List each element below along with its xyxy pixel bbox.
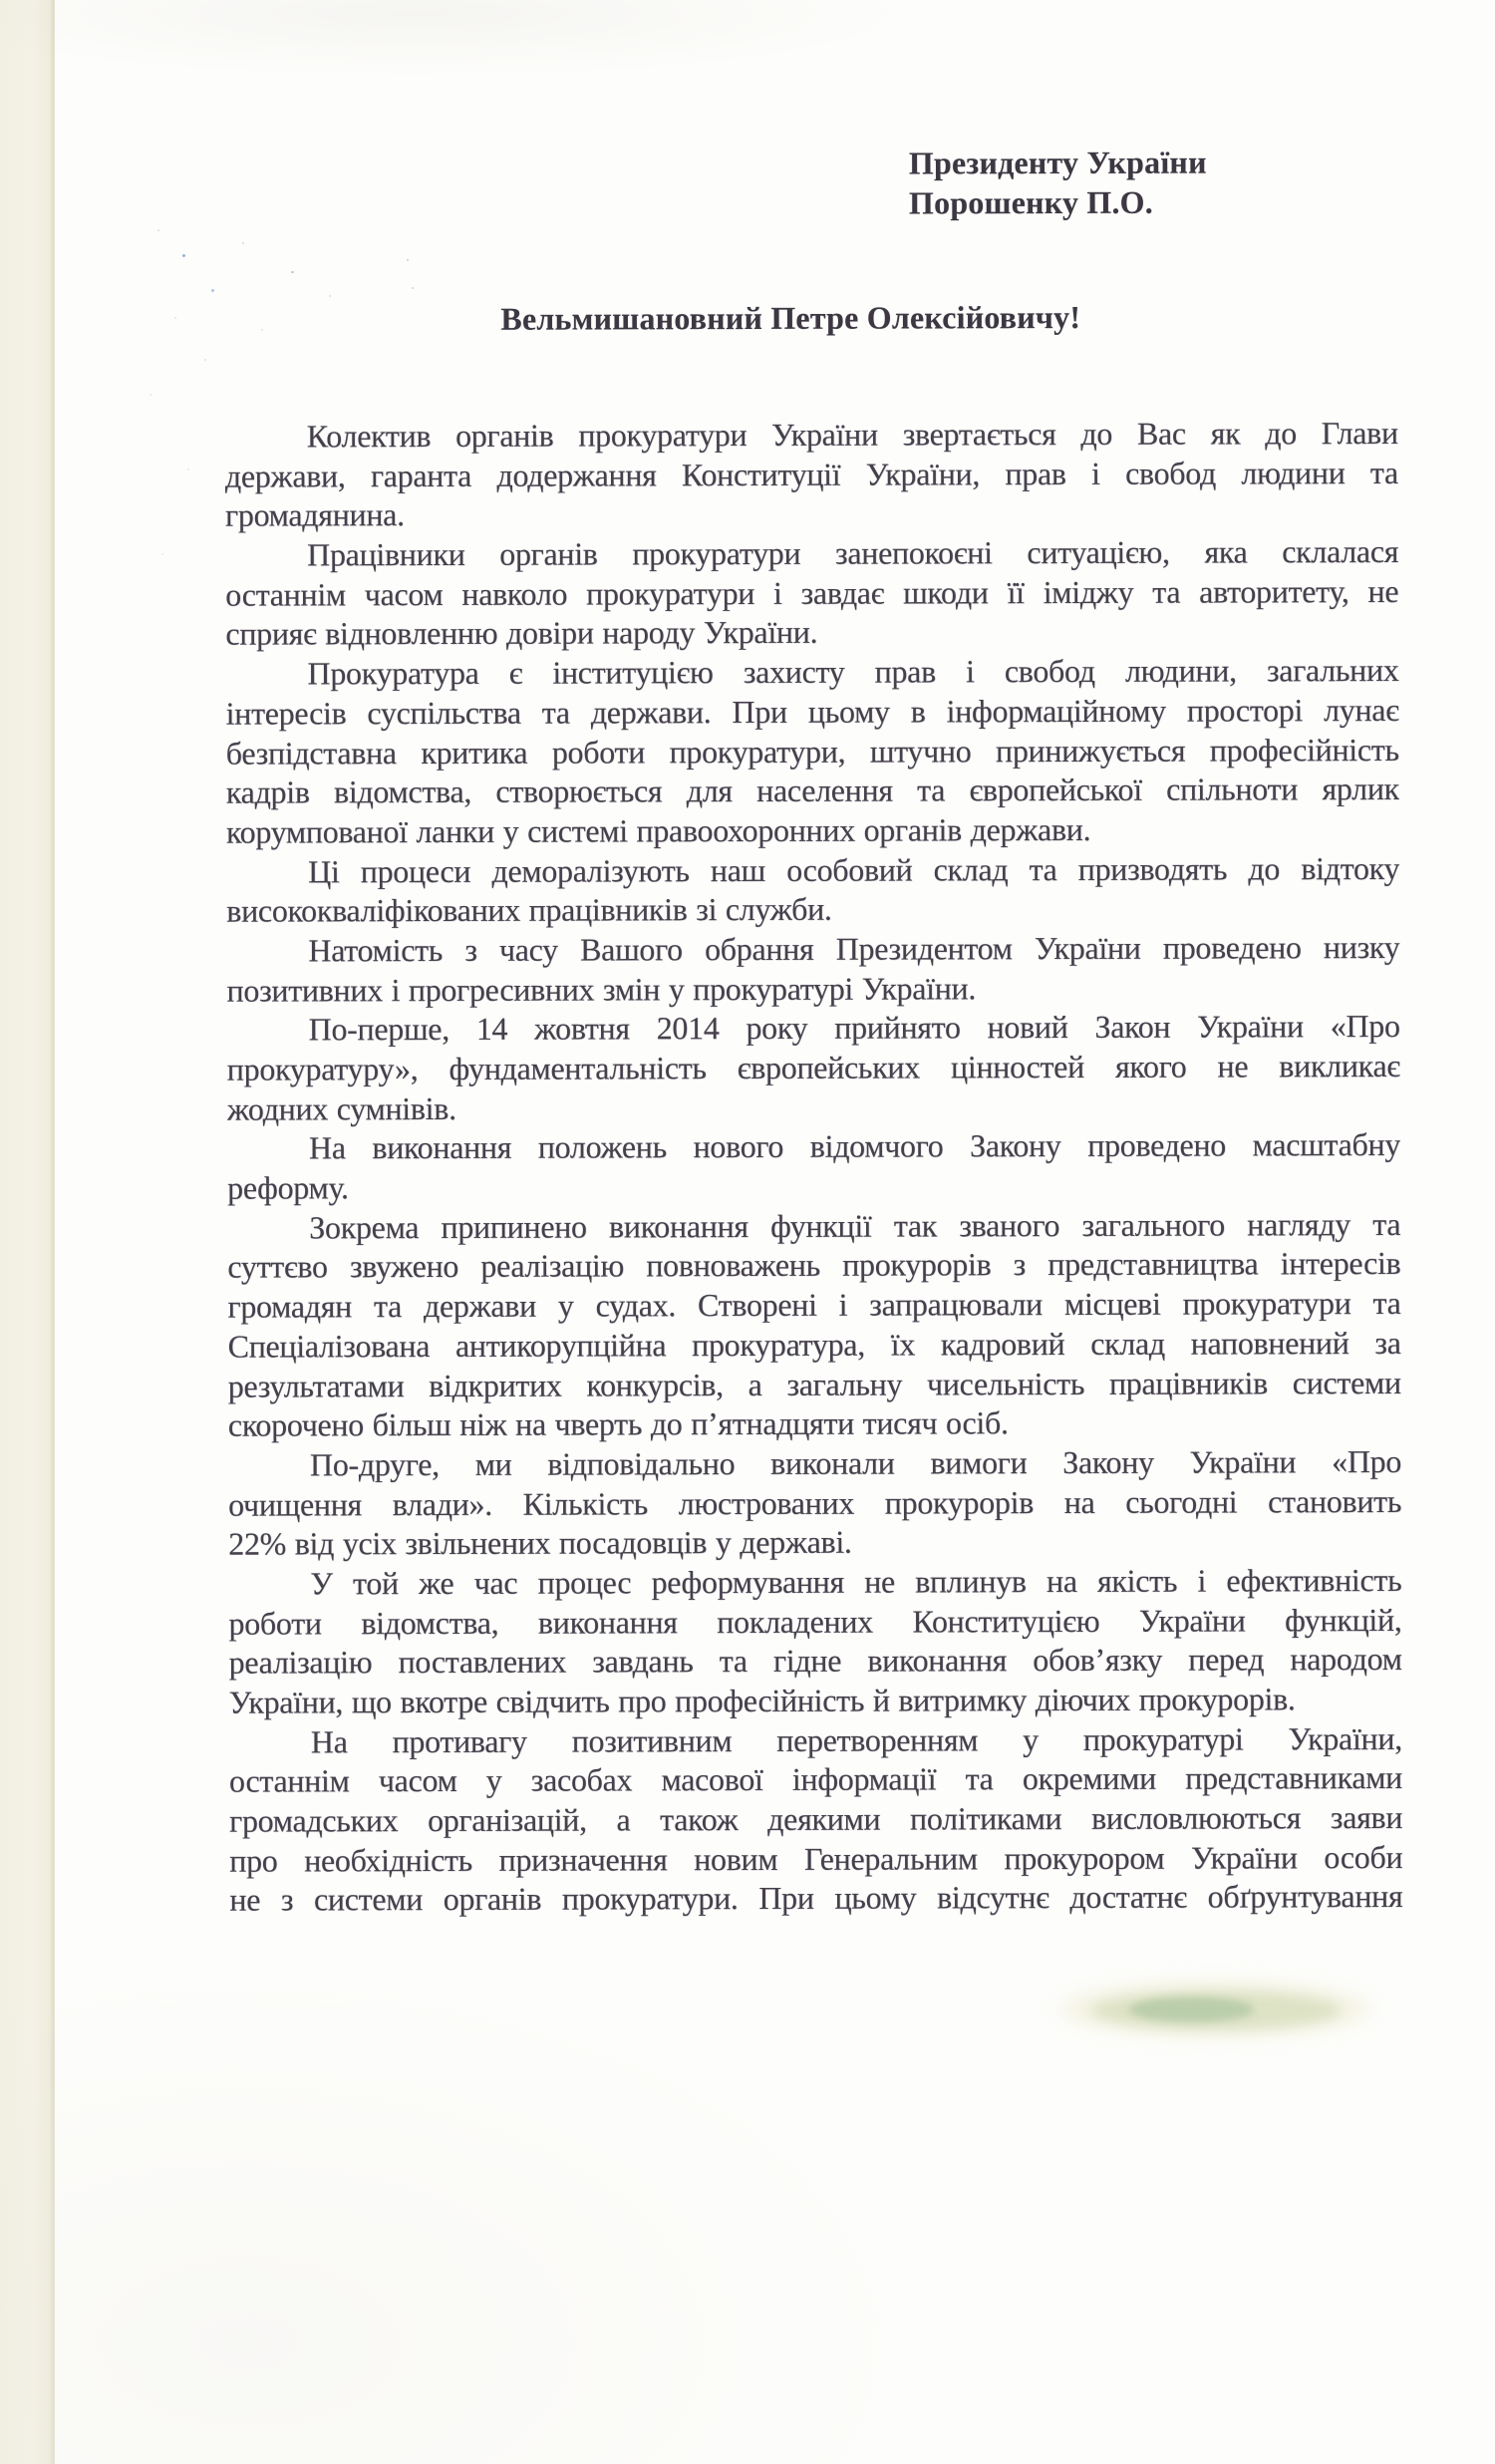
body-line: жодних сумнівів. [227,1086,1400,1129]
body-line: кадрів відомства, створюється для населе… [226,770,1399,812]
paragraph: Прокуратура є інституцією захисту прав і… [225,651,1399,852]
paragraph: Натомість з часу Вашого обрання Президен… [226,928,1399,1011]
body-line: На противагу позитивним перетворенням у … [229,1719,1402,1762]
body-line: корумпованої ланки у системі правоохорон… [226,809,1399,852]
body-line: Спеціалізована антикорупційна прокуратур… [228,1324,1401,1367]
body-line: результатами відкритих конкурсів, а зага… [228,1363,1401,1405]
body-line: По-перше, 14 жовтня 2014 року прийнято н… [227,1007,1400,1050]
scanned-letter-page: Президенту України Порошенку П.О. Вельми… [0,0,1495,2464]
body-line: позитивних і прогресивних змін у прокура… [226,968,1399,1011]
paragraph: У той же час процес реформування не впли… [228,1561,1401,1722]
body-line: інтересів суспільства та держави. При ць… [226,691,1399,734]
paragraph: Ці процеси деморалізують наш особовий ск… [226,849,1399,932]
body-line: останнім часом навколо прокуратури і зав… [225,572,1398,615]
body-line: очищення влади». Кількість люстрованих п… [228,1482,1401,1525]
body-line: Колектив органів прокуратури України зве… [225,414,1398,457]
paragraph: Зокрема припинено виконання функції так … [227,1205,1401,1446]
body-line: реалізацію поставлених завдань та гідне … [229,1640,1402,1683]
recipient-block: Президенту України Порошенку П.О. [909,143,1207,223]
body-line: Зокрема припинено виконання функції так … [227,1205,1400,1248]
body-line: роботи відомства, виконання покладених К… [228,1601,1401,1644]
paragraph: На виконання положень нового відомчого З… [227,1125,1400,1208]
body-line: скорочено більш ніж на чверть до п’ятнад… [228,1402,1401,1445]
body-line: реформу. [227,1165,1400,1208]
body-line: про необхідність призначення новим Генер… [229,1838,1402,1881]
body-line: сприяє відновленню довіри народу України… [225,611,1398,654]
body-line: суттєво звужено реалізацію повноважень п… [227,1244,1400,1287]
body-line: Натомість з часу Вашого обрання Президен… [226,928,1399,971]
body-line: не з системи органів прокуратури. При ць… [229,1877,1402,1920]
letter-content: Президенту України Порошенку П.О. Вельми… [0,0,1495,2464]
paragraph: На противагу позитивним перетворенням у … [229,1719,1403,1921]
paragraph: По-друге, ми відповідально виконали вимо… [228,1442,1401,1565]
letter-body: Колектив органів прокуратури України зве… [225,414,1403,1921]
body-line: громадянина. [225,492,1398,535]
body-line: Працівники органів прокуратури занепокоє… [225,532,1398,575]
salutation: Вельмишановний Петре Олексійовичу! [500,297,1080,339]
body-line: Ці процеси деморалізують наш особовий ск… [226,849,1399,892]
body-line: 22% від усіх звільнених посадовців у дер… [228,1521,1401,1564]
body-line: висококваліфікованих працівників зі служ… [226,888,1399,931]
paragraph: По-перше, 14 жовтня 2014 року прийнято н… [227,1007,1400,1129]
body-line: По-друге, ми відповідально виконали вимо… [228,1442,1401,1485]
body-line: останнім часом у засобах масової інформа… [229,1758,1402,1801]
body-line: Прокуратура є інституцією захисту прав і… [225,651,1398,694]
body-line: громадських організацій, а також деякими… [229,1798,1402,1841]
paragraph: Колектив органів прокуратури України зве… [225,414,1398,536]
body-line: України, що вкотре свідчить про професій… [229,1680,1402,1722]
recipient-line: Президенту України [909,143,1207,183]
body-line: громадян та держави у судах. Створені і … [227,1284,1400,1327]
recipient-line: Порошенку П.О. [909,182,1207,223]
body-line: У той же час процес реформування не впли… [228,1561,1401,1604]
body-line: прокуратуру», фундаментальність європейс… [227,1047,1400,1089]
body-line: безпідставна критика роботи прокуратури,… [226,730,1399,772]
body-line: держави, гаранта додержання Конституції … [225,454,1398,496]
body-line: На виконання положень нового відомчого З… [227,1125,1400,1168]
paragraph: Працівники органів прокуратури занепокоє… [225,532,1398,655]
